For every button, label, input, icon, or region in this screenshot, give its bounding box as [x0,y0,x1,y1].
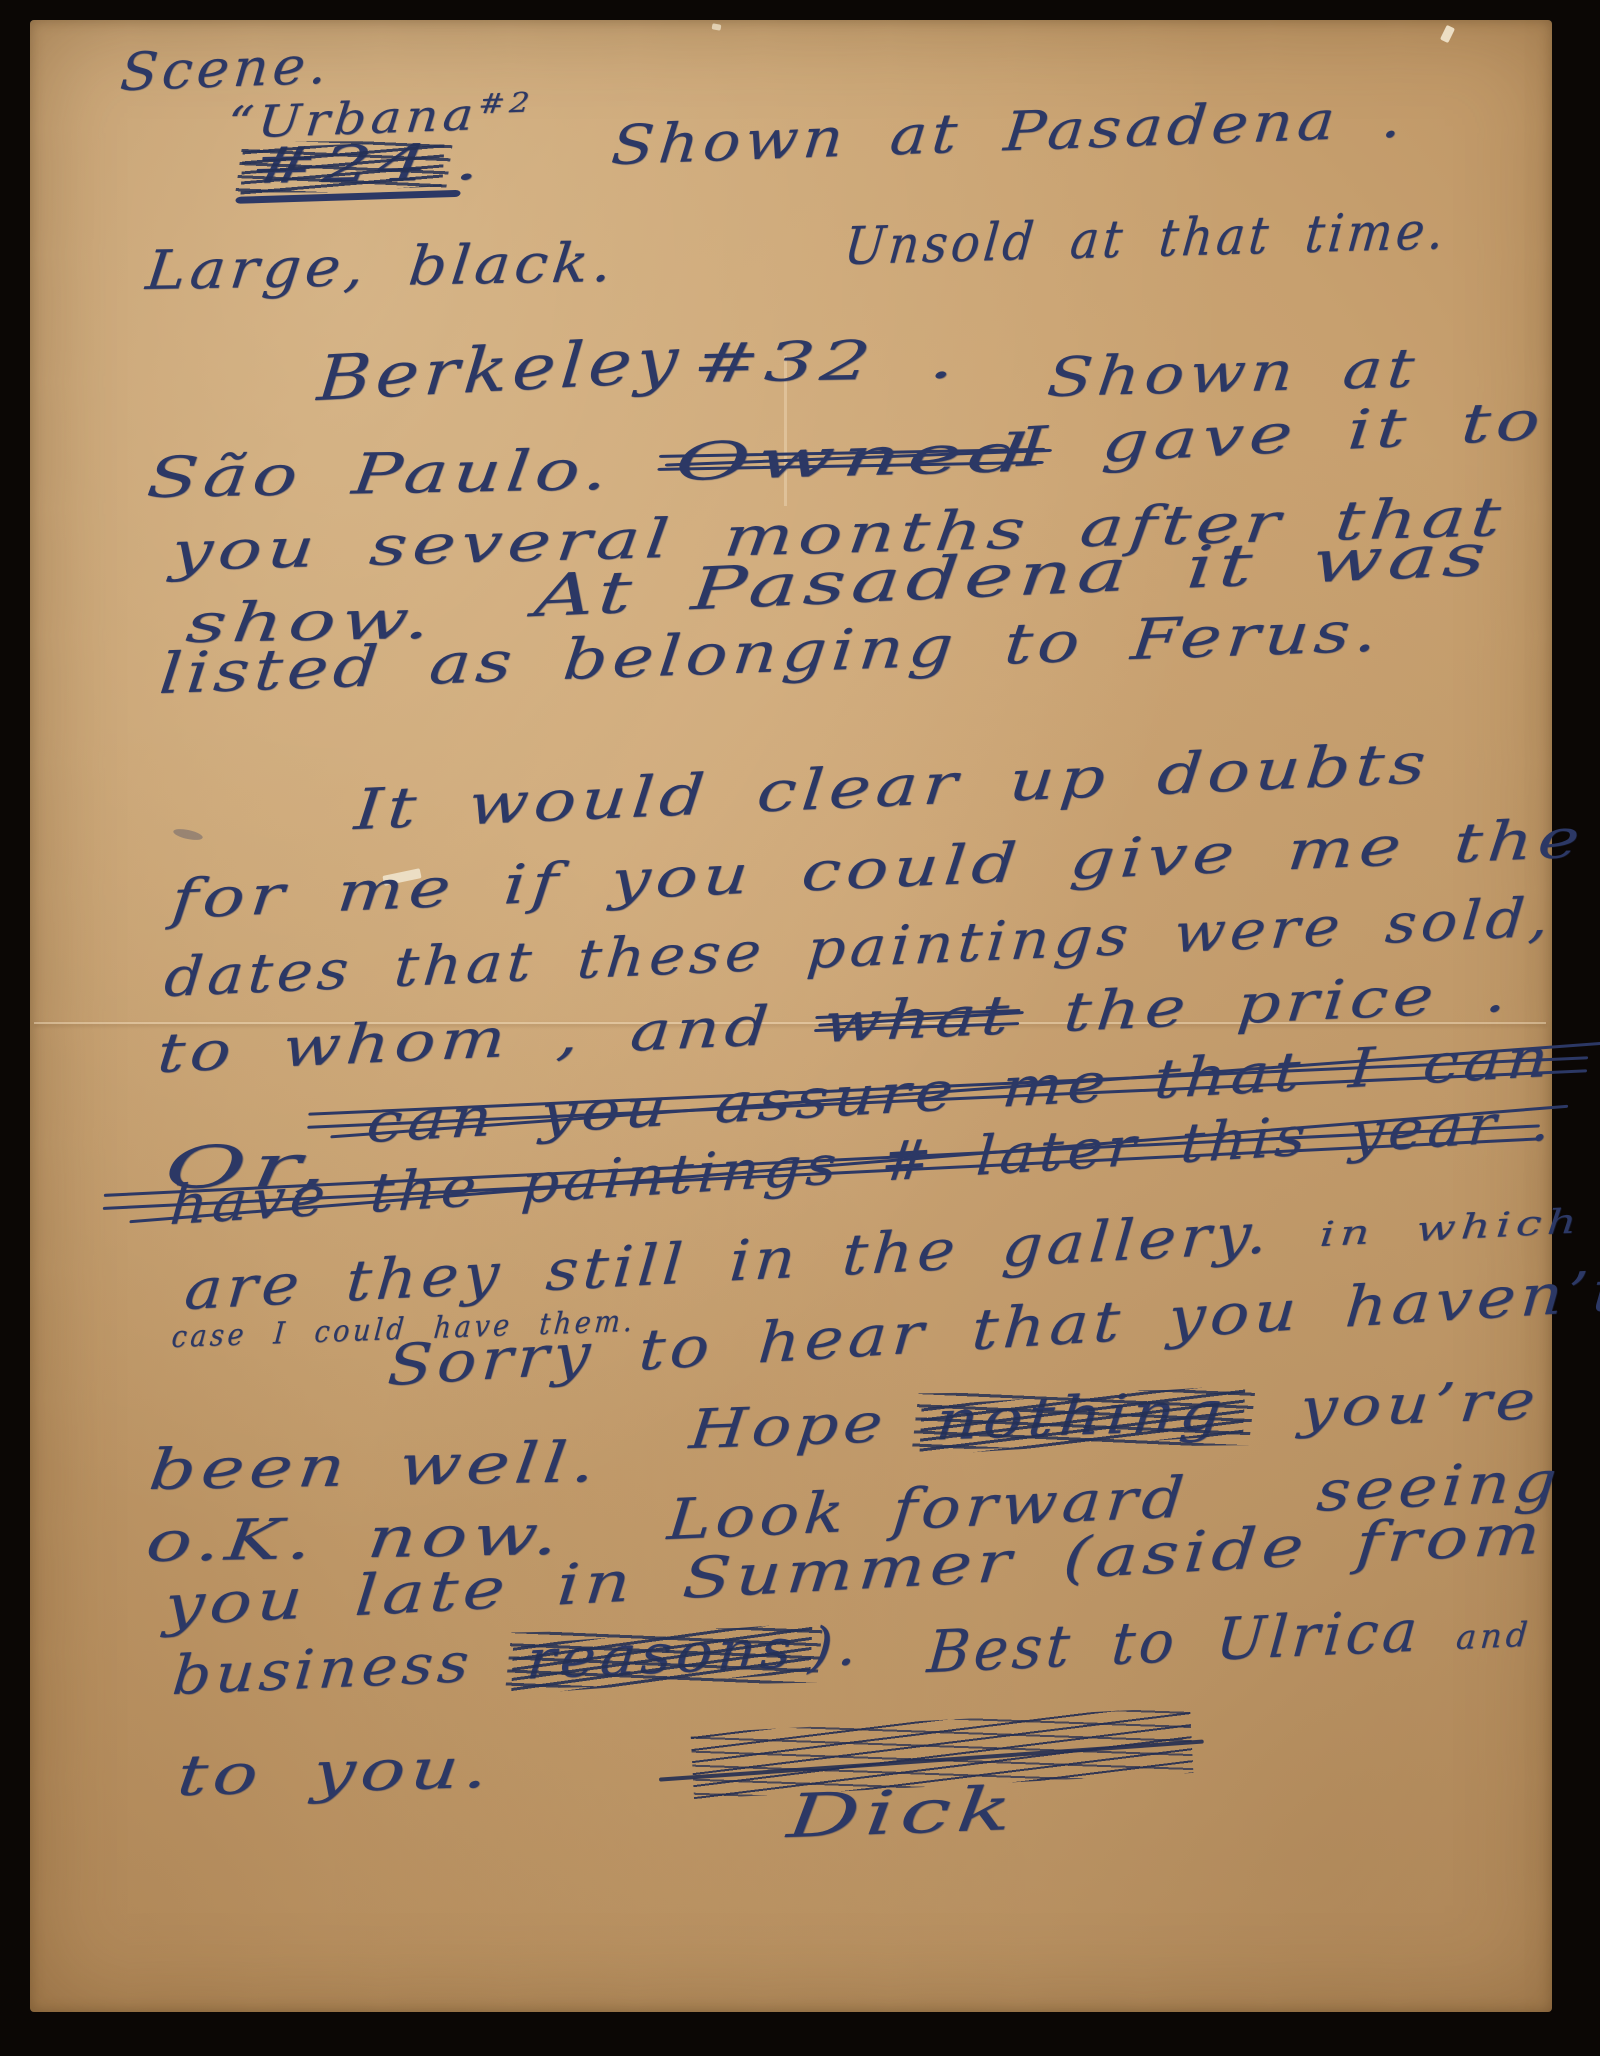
line-been-well: been well. [146,1434,603,1501]
word-segment: . [1529,1093,1556,1151]
line-berkeley-number: #32 . [690,331,963,392]
line-berkeley: Berkeley [315,327,685,412]
line-to-you: to you. [175,1740,496,1807]
word-segment: reasons [524,1621,798,1690]
line-sao-paulo: São Paulo. [144,442,615,509]
word-segment: nothing [933,1383,1229,1450]
line-owned-crossed-out: Owned [673,427,1036,491]
word-segment: you’re [1297,1372,1542,1437]
word-segment: and [1455,1617,1533,1656]
word-segment: #2 [477,89,535,120]
line-crossed-out-number: #24. [249,136,489,193]
line-dick-signature: Dick [785,1778,1020,1849]
paper-scratch [712,23,722,30]
word-segment: Dick [785,1778,1020,1849]
word-segment: what [821,987,1015,1053]
scanned-letter-page: Scene. “Urbana#2 #24. Shown at Pasadena … [0,0,1600,2056]
word-segment: #24 [249,137,437,193]
word-segment: Berkeley [315,327,685,412]
word-segment: to you. [175,1740,496,1807]
word-segment: Hope [687,1395,890,1459]
word-segment: Large, black. [143,235,618,300]
line-large-black: Large, black. [143,235,618,300]
word-segment: #32 . [690,331,963,392]
line-scene: Scene. [118,39,333,101]
word-segment: been well. [146,1434,603,1501]
word-segment: São Paulo. [144,442,615,509]
word-segment: ). [807,1618,863,1677]
word-segment: Owned [673,427,1036,491]
word-segment: Scene. [118,39,333,101]
word-segment: business [170,1635,475,1705]
word-segment: . [453,136,489,189]
